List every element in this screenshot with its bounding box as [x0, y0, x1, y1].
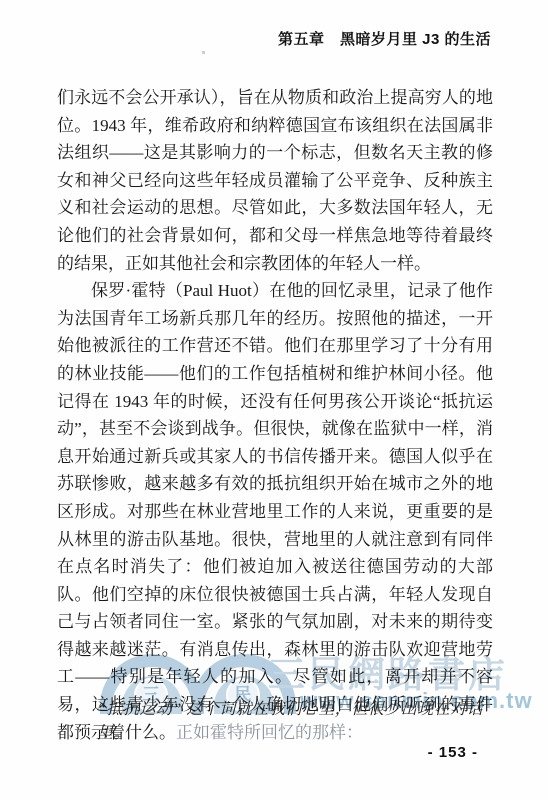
page-number: - 153 - — [428, 744, 478, 761]
paragraph-continuation: 们永远不会公开承认），旨在从物质和政治上提高穷人的地位。1943 年，维希政府和… — [57, 84, 493, 277]
paragraph-huot-main: 保罗·霍特（Paul Huot）在他的回忆录里，记录了他作为法国青年工场新兵那几… — [57, 281, 493, 742]
body-text: 们永远不会公开承认），旨在从物质和政治上提高穷人的地位。1943 年，维希政府和… — [57, 84, 493, 746]
block-quote: “抵抗运动” 这个词就在我们心里，但很少出现在对话里。 — [97, 698, 509, 746]
scan-speck — [202, 51, 205, 54]
paragraph-huot: 保罗·霍特（Paul Huot）在他的回忆录里，记录了他作为法国青年工场新兵那几… — [57, 277, 493, 746]
book-page: 第五章 黑暗岁月里 J3 的生活 们永远不会公开承认），旨在从物质和政治上提高穷… — [0, 0, 548, 800]
running-header: 第五章 黑暗岁月里 J3 的生活 — [278, 28, 491, 49]
